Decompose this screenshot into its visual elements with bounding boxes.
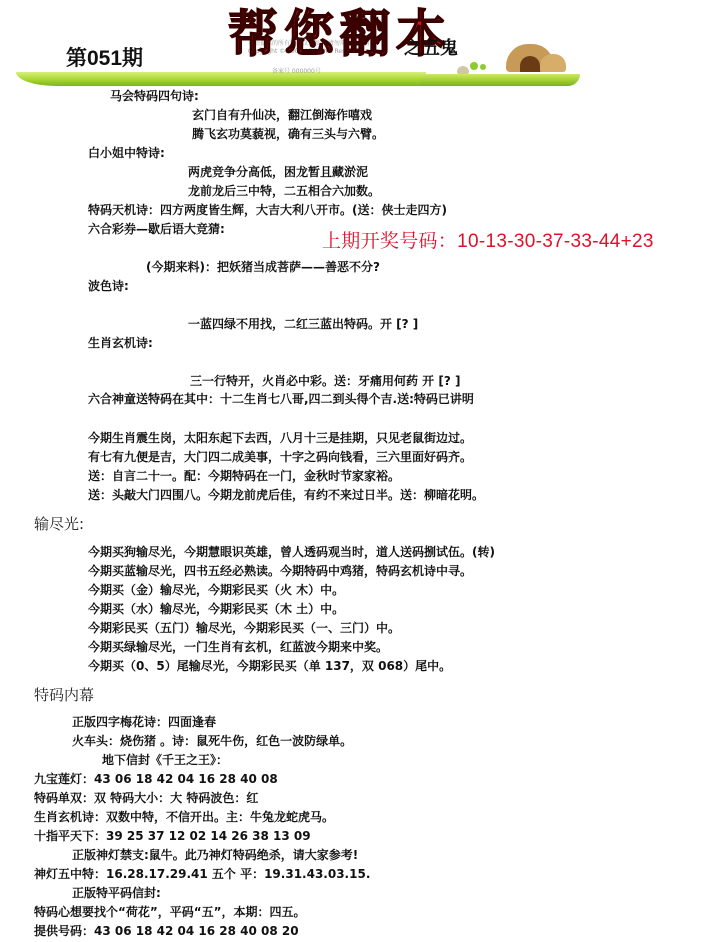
lose-all-line: 今期买（水）输尽光，今期彩民买（木 土）中。 (88, 601, 344, 617)
lose-all-line: 今期买蓝输尽光，四书五经必熟读。今期特码中鸡猪，特码玄机诗中寻。 (88, 563, 472, 579)
meihua-line: 正版四字梅花诗：四面逢春 (72, 714, 216, 730)
grass-decoration (16, 72, 426, 86)
last-draw-label: 上期开奖号码： (322, 231, 457, 252)
lose-all-line: 今期彩民买（五门）输尽光，今期彩民买（一、三门）中。 (88, 620, 400, 636)
paragraph-line: 今期生肖震生岗，太阳东起下去西，八月十三是挂期，只见老鼠街边过。 (88, 430, 472, 446)
bose-line: 一蓝四绿不用找，二红三蓝出特码。开 [? ] (188, 316, 418, 332)
shizhi-line: 十指平天下：39 25 37 12 02 14 26 38 13 09 (34, 828, 311, 844)
bose-title: 波色诗: (88, 278, 129, 294)
lose-all-line: 今期买狗输尽光，今期慧眼识英雄，曾人透码观当时，道人送码捌试伍。(转) (88, 544, 495, 560)
inside-title: 特码内幕 (34, 685, 94, 705)
mahui-line: 玄门自有升仙决，翻江倒海作嘻戏 (192, 107, 372, 123)
jiubao-line: 九宝莲灯：43 06 18 42 04 16 28 40 08 (34, 771, 278, 787)
grass-decoration-right (420, 74, 580, 86)
xiehouyu-line: (今期来料)：把妖猪当成菩萨——善恶不分? (146, 259, 380, 275)
bai-line: 龙前龙后三中特，二五相合六加数。 (188, 183, 380, 199)
header-banner: 第051期 本站提供的所有资料仅供参考 请勿用于非法用途 Copyright ©… (0, 0, 720, 88)
mahui-title: 马会特码四句诗: (110, 88, 199, 104)
shentong-line: 六合神童送特码在其中：十二生肖七八哥,四二到头得个吉.送:特码已讲明 (88, 391, 474, 407)
issue-number: 第051期 (66, 42, 143, 72)
logo-subtitle: 之五鬼 (404, 34, 458, 60)
huochetou-line: 火车头：烧伤猪 。诗：鼠死牛伤，红色一波防绿单。 (72, 733, 352, 749)
shendeng-five-line: 神灯五中特：16.28.17.29.41 五个 平：19.31.43.03.15… (34, 866, 370, 882)
paragraph-line: 送：头敲大门四围八。今期龙前虎后佳，有约不来过日半。送：柳暗花明。 (88, 487, 484, 503)
hut-side-icon (540, 54, 566, 72)
xiehouyu-title: 六合彩券—歇后语大竞猜: (88, 221, 225, 237)
xuanji-line: 生肖玄机诗：双数中特，不信开出。主：牛兔龙蛇虎马。 (34, 809, 334, 825)
danshuang-line: 特码单双：双 特码大小：大 特码波色：红 (34, 790, 258, 806)
shendeng-ban-line: 正版神灯禁支:鼠牛。此乃神灯特码绝杀，请大家参考! (72, 847, 358, 863)
lose-all-title: 输尽光: (34, 514, 84, 534)
xinfeng-title: 地下信封《千王之王》： (102, 752, 228, 768)
tigong-line: 提供号码：43 06 18 42 04 16 28 40 08 20 (34, 923, 299, 939)
tepingma-title: 正版特平码信封: (72, 885, 161, 901)
last-draw-numbers: 10-13-30-37-33-44+23 (457, 231, 654, 252)
tree-icon (480, 64, 486, 70)
rock-icon (457, 66, 469, 74)
last-draw-banner: 上期开奖号码：10-13-30-37-33-44+23 (322, 230, 654, 254)
bai-title: 白小姐中特诗: (88, 145, 165, 161)
lose-all-line: 今期买（金）输尽光，今期彩民买（火 木）中。 (88, 582, 344, 598)
lose-all-line: 今期买（0、5）尾输尽光，今期彩民买（单 137，双 068）尾中。 (88, 658, 451, 674)
tree-icon (470, 62, 478, 70)
bai-line: 两虎竞争分高低，困龙暂且藏淤泥 (188, 164, 368, 180)
lose-all-line: 今期买绿输尽光，一门生肖有玄机，红蓝波今期来中奖。 (88, 639, 388, 655)
paragraph-line: 有七有九便是吉，大门四二成美事，十字之码向钱看，三六里面好码齐。 (88, 449, 472, 465)
paragraph-line: 送：自言二十一。配：今期特码在一门，金秋时节家家裕。 (88, 468, 400, 484)
logo-record-number: 备案号 000000号 (272, 66, 321, 75)
tianji-line: 特码天机诗：四方两度皆生辉，大吉大利八开市。(送：侠士走四方) (88, 202, 447, 218)
shengxiao-title: 生肖玄机诗: (88, 335, 153, 351)
mahui-line: 腾飞玄功莫藐视，确有三头与六臂。 (192, 126, 384, 142)
shengxiao-line: 三一行特开，火肖必中彩。送：牙痛用何药 开 [? ] (190, 373, 460, 389)
xiang-line: 特码心想要找个“荷花”，平码“五”，本期：四五。 (34, 904, 306, 920)
